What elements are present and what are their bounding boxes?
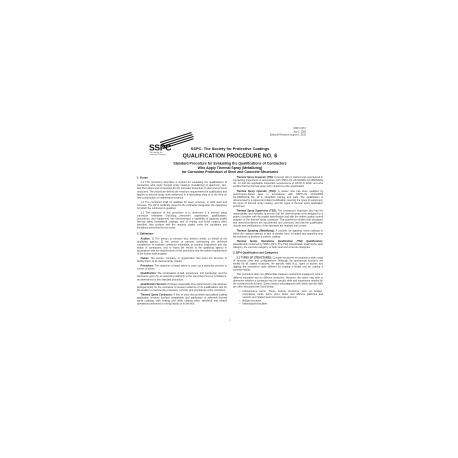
page-content: SSPC-QP 6 July 1, 2005 Editorial Revisio… — [137, 124, 323, 346]
list-item: Manufactured facilities — [240, 302, 324, 305]
definition-thermal-spray-contractor: Thermal Spray Contractor: A firm or crew… — [137, 293, 227, 305]
left-column: 1. Scope 1.1 This procedure describes a … — [137, 176, 227, 307]
paragraph-3-1: 3.1 TYPES OF STRUCTURES: Complex structu… — [233, 256, 323, 271]
section-heading-scope: 1. Scope — [137, 176, 227, 179]
definition-thermal-spraying: Thermal Spraying (Metallizing): A proces… — [233, 229, 323, 238]
definition-text: 1) The person or persons who perform aud… — [137, 237, 227, 255]
right-column: Thermal Spray Inspector (TSI): A person … — [233, 176, 323, 307]
definition-qualification-session: Qualification Session: Provides reasonab… — [137, 283, 227, 292]
document-scan-canvas: SSPC-QP 6 July 1, 2005 Editorial Revisio… — [0, 0, 458, 458]
paragraph-text: Complex structures encompass a wide rang… — [233, 256, 323, 271]
paragraph-1-1: 1.1 This procedure describes a method fo… — [137, 181, 227, 199]
page-number: 1 — [137, 319, 323, 322]
definition-owner: Owner: The person, company, or organizat… — [137, 257, 227, 263]
definition-text: The contractor's employee who has the re… — [233, 209, 323, 227]
definition-procedure: Procedure: The sequence of steps taken t… — [137, 264, 227, 270]
section-heading-definitions: 2. Definitions — [137, 232, 227, 235]
definition-tsq: Thermal Series Operations Qualification … — [233, 240, 323, 249]
paragraph-1-3: 1.3 The objective of this procedure is t… — [137, 211, 227, 229]
body-columns: 1. Scope 1.1 This procedure describes a … — [137, 176, 323, 307]
document-title: QUALIFICATION PROCEDURE NO. 6 — [137, 153, 323, 159]
list-item: Infrastructure items: These include stru… — [240, 290, 324, 299]
document-subtitle: Standard Procedure for Evaluating the Qu… — [137, 161, 323, 174]
document-subtitle-line-3: for Corrosion Protection of Steel and Co… — [137, 170, 323, 174]
document-meta: SSPC-QP 6 July 1, 2005 Editorial Revisio… — [270, 127, 306, 137]
definition-tsi: Thermal Spray Inspector (TSI): A person … — [233, 176, 323, 188]
definition-text: A worker who has been qualified by perfo… — [233, 190, 323, 208]
definition-auditor: Auditor: 1) The person or persons who pe… — [137, 237, 227, 255]
society-name-line: SSPC: The Society for Protective Coating… — [137, 147, 323, 152]
definition-qualification: Qualification: The combination of skill,… — [137, 272, 227, 281]
definition-tso: Thermal Spray Operator (TSO): A worker w… — [233, 190, 323, 208]
paragraph-3-2: This procedure does not differentiate be… — [233, 273, 323, 288]
industry-subcategory-list: Infrastructure items: These include stru… — [233, 290, 323, 306]
definition-text: The person, company, or organization tha… — [137, 257, 227, 263]
definition-text: Classification conferred by SSPC-QP 6. T… — [233, 243, 323, 249]
definition-tss: Thermal Spray Supervisor (TSS): The cont… — [233, 209, 323, 227]
paragraph-1-2: 1.2 The contractor shall be qualified fo… — [137, 201, 227, 210]
document-page: SSPC-QP 6 July 1, 2005 Editorial Revisio… — [137, 124, 323, 346]
doc-revision: Editorial Revisions August 1, 2010 — [270, 133, 306, 136]
section-heading-qualification-categories: 3. QP 6 Qualification and Categories — [233, 251, 323, 254]
